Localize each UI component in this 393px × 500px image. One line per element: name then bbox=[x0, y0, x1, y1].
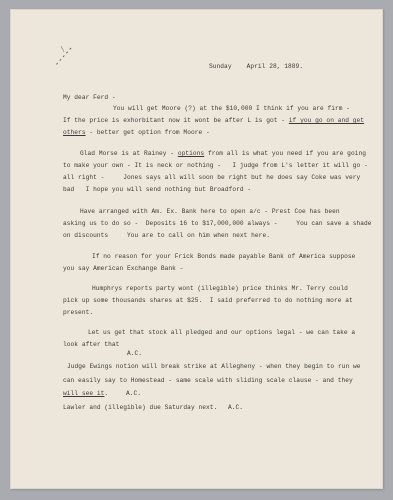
text-line: Humphrys reports party wont (illegible) … bbox=[92, 285, 348, 292]
text-line: Have arranged with Am. Ex. Bank here to … bbox=[80, 208, 340, 215]
text-line: will see it. bbox=[63, 390, 108, 397]
text-line: look after that bbox=[63, 341, 119, 348]
text-line: If the price is exhorbitant now it wont … bbox=[63, 117, 364, 124]
text-line: to make your own - It is neck or nothing… bbox=[63, 162, 368, 169]
text-line: you say American Exchange Bank - bbox=[63, 265, 183, 272]
text-line: bad I hope you will send nothing but Bro… bbox=[63, 186, 251, 193]
date-line: Sunday April 28, 1889. bbox=[209, 63, 303, 70]
text-line: Judge Ewings notion will break strike at… bbox=[67, 363, 361, 370]
text-line: can easily say to Homestead - same scale… bbox=[63, 377, 353, 384]
signature-initials: A.C. bbox=[126, 390, 141, 397]
signature-initials: A.C. bbox=[127, 350, 142, 357]
text-line: If no reason for your Frick Bonds made p… bbox=[92, 253, 355, 260]
pencil-mark-icon bbox=[45, 44, 75, 69]
signature-initials: A.C. bbox=[228, 404, 243, 411]
salutation: My dear Ferd - bbox=[63, 94, 116, 101]
text-line: pick up some thousands shares at $25. I … bbox=[63, 297, 353, 304]
text-line: present. bbox=[63, 309, 93, 316]
text-line: on discounts You are to call on him when… bbox=[63, 232, 270, 239]
text-line: Glad Morse is at Rainey - options from a… bbox=[80, 150, 366, 157]
letter-page bbox=[10, 9, 383, 489]
text-line: You will get Moore (?) at the $10,000 I … bbox=[113, 105, 350, 112]
text-line: others - better get option from Moore - bbox=[63, 129, 210, 136]
text-line: Lawler and (illegible) due Saturday next… bbox=[63, 404, 217, 411]
text-line: all right - Jones says all will soon be … bbox=[63, 174, 360, 181]
text-line: asking us to do so - Deposits 16 to $17,… bbox=[63, 220, 372, 227]
text-line: Let us get that stock all pledged and ou… bbox=[88, 329, 355, 336]
